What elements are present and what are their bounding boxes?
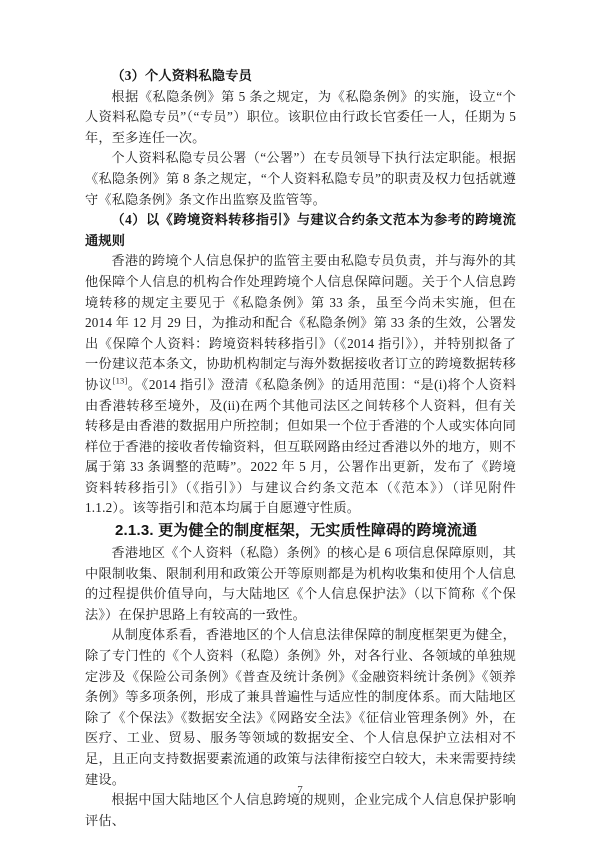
- paragraph-legal-framework-comparison: 从制度体系看，香港地区的个人信息法律保障的制度框架更为健全，除了专门性的《个人资…: [85, 625, 516, 790]
- paragraph-commissioner-appointment: 根据《私隐条例》第 5 条之规定，为《私隐条例》的实施，设立“个人资料私隐专员”…: [85, 87, 516, 149]
- heading-cross-border-guidance: （4）以《跨境资料转移指引》与建议合约条文范本为参考的跨境流通规则: [85, 210, 516, 251]
- paragraph-data-protection-principles: 香港地区《个人资料（私隐）条例》的核心是 6 项信息保障原则，其中限制收集、限制…: [85, 543, 516, 625]
- paragraph-text-after-footnote: 。《2014 指引》澄清《私隐条例》的适用范围：“是(i)将个人资料由香港转移至…: [85, 377, 516, 516]
- paragraph-cross-border-rules: 香港的跨境个人信息保护的监管主要由私隐专员负责，并与海外的其他保障个人信息的机构…: [85, 251, 516, 519]
- document-content: （3）个人资料私隐专员 根据《私隐条例》第 5 条之规定，为《私隐条例》的实施，…: [85, 66, 516, 831]
- heading-privacy-commissioner: （3）个人资料私隐专员: [85, 66, 516, 87]
- paragraph-text-before-footnote: 香港的跨境个人信息保护的监管主要由私隐专员负责，并与海外的其他保障个人信息的机构…: [85, 253, 516, 392]
- section-heading-2-1-3: 2.1.3. 更为健全的制度框架，无实质性障碍的跨境流通: [85, 519, 516, 543]
- document-page: （3）个人资料私隐专员 根据《私隐条例》第 5 条之规定，为《私隐条例》的实施，…: [0, 0, 600, 848]
- footnote-ref-13: [13]: [113, 376, 128, 386]
- page-number: 7: [0, 783, 600, 797]
- paragraph-commissioner-office: 个人资料私隐专员公署（“公署”）在专员领导下执行法定职能。根据《私隐条例》第 8…: [85, 148, 516, 210]
